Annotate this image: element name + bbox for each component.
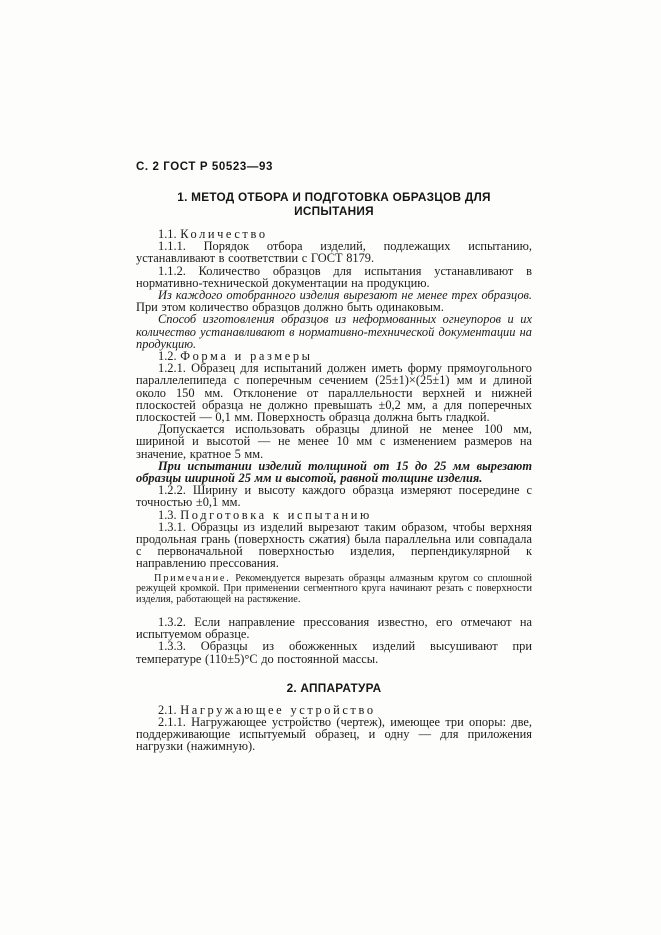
- running-header: С. 2 ГОСТ Р 50523—93: [136, 161, 532, 173]
- paragraph-1-1-1: 1.1.1. Порядок отбора изделий, подлежащи…: [136, 240, 532, 264]
- paragraph-1-3-2: 1.3.2. Если направление прессования изве…: [136, 616, 532, 640]
- paragraph-2-1-1: 2.1.1. Нагружающее устройство (чертеж), …: [136, 716, 532, 753]
- section-2-heading: 2. АППАРАТУРА: [136, 681, 532, 695]
- paragraph-1-3-1: 1.3.1. Образцы из изделий вырезают таким…: [136, 521, 532, 570]
- paragraph-1-2-2: 1.2.2. Ширину и высоту каждого образца и…: [136, 484, 532, 508]
- paragraph-thin-products: При испытании изделий толщиной от 15 до …: [136, 460, 532, 484]
- note-paragraph: Примечание. Рекомендуется вырезать образ…: [136, 574, 532, 605]
- paragraph-1-2-1: 1.2.1. Образец для испытаний должен имет…: [136, 362, 532, 423]
- paragraph-cutting-rule: Из каждого отобранного изделия вырезают …: [136, 289, 532, 313]
- paragraph-1-3-3: 1.3.3. Образцы из обожженных изделий выс…: [136, 640, 532, 664]
- paragraph-unshaped-refractories: Способ изготовления образцов из неформов…: [136, 313, 532, 350]
- scanned-document-page: { "doc": { "page_header": "С. 2 ГОСТ Р 5…: [0, 0, 661, 935]
- paragraph-allowed-sizes: Допускается использовать образцы длиной …: [136, 423, 532, 460]
- paragraph-1-1-2: 1.1.2. Количество образцов для испытания…: [136, 265, 532, 289]
- section-1-heading: 1. МЕТОД ОТБОРА И ПОДГОТОВКА ОБРАЗЦОВ ДЛ…: [136, 190, 532, 218]
- note-label: Примечание.: [154, 573, 231, 584]
- page-content: С. 2 ГОСТ Р 50523—93 1. МЕТОД ОТБОРА И П…: [136, 161, 532, 753]
